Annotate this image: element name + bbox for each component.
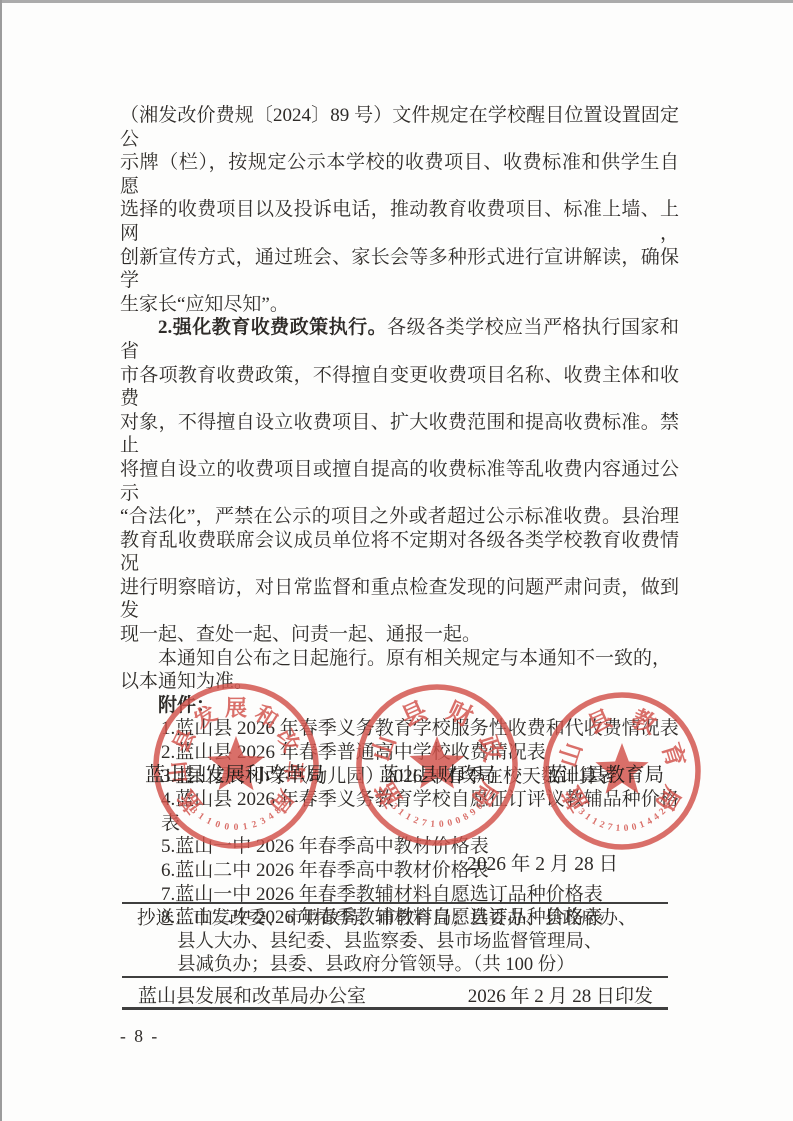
body-line-section-heading: 2.强化教育收费政策执行。各级各类学校应当严格执行国家和省: [120, 316, 679, 363]
page-number: - 8 -: [120, 1026, 159, 1047]
cc-line: 县人大办、县纪委、县监察委、县市场监督管理局、: [137, 931, 662, 954]
svg-text:发: 发: [189, 700, 221, 733]
svg-text:0: 0: [224, 822, 230, 833]
svg-text:县: 县: [168, 725, 200, 756]
print-date: 2026 年 2 月 28 日印发: [468, 981, 653, 1008]
svg-text:1: 1: [396, 807, 406, 818]
svg-text:3: 3: [259, 816, 268, 827]
body-line: 选择的收费项目以及投诉电话，推动教育收费项目、标准上墙、上网，: [120, 198, 679, 245]
svg-text:7: 7: [421, 818, 428, 829]
body-line: 示牌（栏），按规定公示本学校的收费项目、收费标准和供学生自愿: [120, 151, 679, 198]
svg-text:1: 1: [204, 816, 213, 827]
svg-text:1: 1: [430, 820, 436, 830]
section-heading: 2.强化教育收费政策执行。: [158, 317, 387, 338]
svg-text:展: 展: [225, 695, 247, 720]
body-line: 市各项教育收费政策，不得擅自变更收费项目名称、收费主体和收费: [120, 364, 679, 411]
issue-date: 2026 年 2 月 28 日: [467, 848, 618, 876]
svg-text:0: 0: [623, 824, 629, 834]
svg-text:1: 1: [403, 812, 412, 823]
signer-name-education-bureau: 蓝山县教育局: [547, 759, 664, 787]
svg-text:2: 2: [412, 816, 420, 827]
footer-rule-bottom: [122, 1007, 668, 1010]
svg-text:改: 改: [272, 725, 304, 756]
svg-text:县: 县: [397, 696, 431, 732]
body-line: 现一起、查处一起、问责一起、通报一起。: [120, 623, 679, 647]
body-line: 创新宣传方式，通过班会、家长会等多种形式进行宣讲解读，确保学: [120, 246, 679, 293]
signer-name-finance-bureau: 蓝山县财政局: [379, 759, 496, 787]
body-line: 进行明察暗访，对日常监督和重点检查发现的问题严肃问责，做到发: [120, 576, 679, 623]
svg-text:1: 1: [196, 811, 206, 822]
signer-name-development-reform-bureau: 蓝山县发展和改革局: [145, 758, 325, 787]
svg-text:1: 1: [590, 816, 599, 827]
svg-text:财: 财: [443, 696, 477, 732]
body-line: 教育乱收费联席会议成员单位将不定期对各级各类学校教育收费情况: [120, 529, 679, 576]
svg-text:9: 9: [468, 807, 478, 818]
footer-rule-top: [122, 902, 668, 904]
body-line: （湘发改价费规〔2024〕89 号）文件规定在学校醒目位置设置固定公: [120, 104, 679, 151]
scan-edge-left: [0, 0, 2, 1121]
issuing-office: 蓝山县发展和改革局办公室: [138, 981, 366, 1008]
scanned-document-page: （湘发改价费规〔2024〕89 号）文件规定在学校醒目位置设置固定公 示牌（栏）…: [0, 0, 793, 1121]
svg-text:0: 0: [447, 818, 454, 829]
cc-section: 抄送：市发改委、市财政局、市教育局；县委办、县政府办、 县人大办、县纪委、县监察…: [137, 908, 662, 978]
svg-text:2: 2: [251, 820, 259, 831]
svg-text:和: 和: [251, 700, 283, 733]
svg-text:0: 0: [454, 816, 462, 827]
body-line: 生家长“应知尽知”。: [120, 293, 679, 317]
svg-text:教: 教: [627, 705, 661, 740]
svg-text:2: 2: [598, 820, 606, 831]
svg-text:7: 7: [606, 822, 613, 833]
svg-text:1: 1: [242, 822, 248, 833]
svg-text:4: 4: [266, 811, 276, 822]
svg-text:0: 0: [439, 820, 445, 830]
svg-text:1: 1: [638, 820, 646, 831]
footer-rule-middle: [122, 976, 668, 978]
body-line: 本通知自公布之日起施行。原有相关规定与本通知不一致的，: [120, 647, 679, 671]
svg-text:0: 0: [214, 820, 222, 831]
svg-text:0: 0: [234, 823, 239, 833]
body-line: “合法化”，严禁在公示的项目之外或者超过公示标准收费。县治理: [120, 505, 679, 529]
svg-text:0: 0: [631, 822, 638, 833]
svg-text:8: 8: [462, 812, 471, 823]
cc-line: 县减负办；县委、县政府分管领导。（共 100 份）: [137, 954, 662, 977]
svg-text:县: 县: [584, 705, 617, 739]
cc-line: 抄送：市发改委、市财政局、市教育局；县委办、县政府办、: [137, 908, 662, 931]
body-line: 对象，不得擅自设立收费项目、扩大收费范围和提高收费标准。禁止: [120, 411, 679, 458]
svg-text:1: 1: [615, 824, 621, 834]
body-line: 将擅自设立的收费项目或擅自提高的收费标准等乱收费内容通过公示: [120, 458, 679, 505]
scan-edge-top: [0, 0, 793, 3]
